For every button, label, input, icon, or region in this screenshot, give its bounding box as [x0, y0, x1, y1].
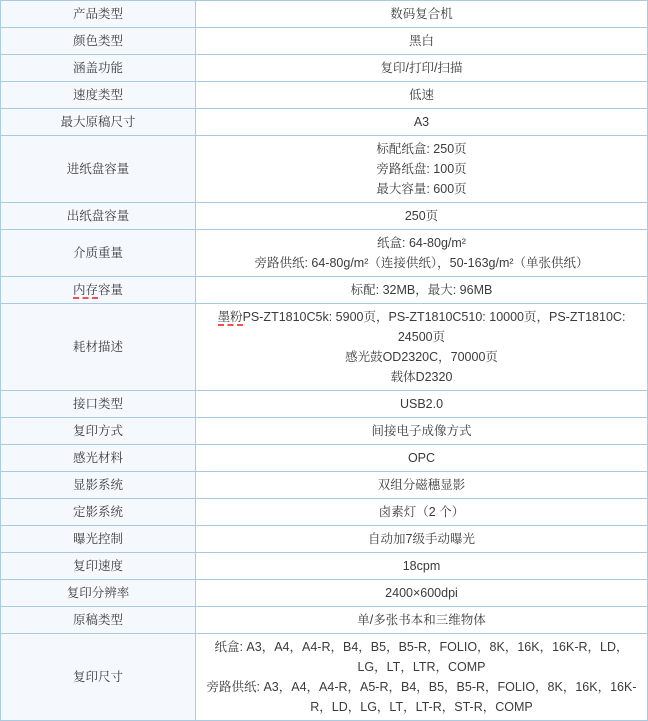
label-text: 速度类型 — [73, 88, 123, 102]
spec-row-value: 复印/打印/扫描 — [196, 55, 648, 82]
label-text: 颜色类型 — [73, 34, 123, 48]
spec-row-value: 2400×600dpi — [196, 580, 648, 607]
spec-row: 原稿类型单/多张书本和三维物体 — [1, 607, 648, 634]
spec-row: 复印分辨率2400×600dpi — [1, 580, 648, 607]
spec-row-label: 出纸盘容量 — [1, 203, 196, 230]
spec-row: 最大原稿尺寸A3 — [1, 109, 648, 136]
spec-label-line: 最大原稿尺寸 — [7, 112, 189, 132]
spec-row-value: 墨粉PS-ZT1810C5k: 5900页，PS-ZT1810C510: 100… — [196, 304, 648, 391]
label-text: 最大原稿尺寸 — [60, 115, 135, 129]
spec-row-label: 复印方式 — [1, 418, 196, 445]
spellcheck-marked-text: 墨粉 — [218, 310, 243, 326]
spec-row-label: 复印速度 — [1, 553, 196, 580]
spec-value-line: 墨粉PS-ZT1810C5k: 5900页，PS-ZT1810C510: 100… — [202, 307, 641, 347]
spec-value-line: A3 — [202, 112, 641, 132]
value-text: 数码复合机 — [390, 7, 453, 21]
spec-row-value: 单/多张书本和三维物体 — [196, 607, 648, 634]
spec-value-line: 纸盒: 64-80g/m² — [202, 233, 641, 253]
spec-row-label: 显影系统 — [1, 472, 196, 499]
spec-row-value: 标配: 32MB，最大: 96MB — [196, 277, 648, 304]
label-text: 定影系统 — [73, 505, 123, 519]
value-text: 间接电子成像方式 — [371, 424, 471, 438]
spec-label-line: 显影系统 — [7, 475, 189, 495]
spec-row: 复印方式间接电子成像方式 — [1, 418, 648, 445]
label-text: 复印速度 — [73, 559, 123, 573]
spec-row: 曝光控制自动加7级手动曝光 — [1, 526, 648, 553]
spec-label-line: 内存容量 — [7, 280, 189, 300]
spec-row-label: 曝光控制 — [1, 526, 196, 553]
spec-table: 产品类型数码复合机颜色类型黑白涵盖功能复印/打印/扫描速度类型低速最大原稿尺寸A… — [0, 0, 648, 721]
spec-value-line: 黑白 — [202, 31, 641, 51]
spec-row-label: 产品类型 — [1, 1, 196, 28]
spec-row: 内存容量标配: 32MB，最大: 96MB — [1, 277, 648, 304]
spec-label-line: 颜色类型 — [7, 31, 189, 51]
value-text: 卤素灯（2 个） — [379, 505, 464, 519]
label-text: 出纸盘容量 — [67, 209, 130, 223]
spec-value-line: 纸盒: A3，A4，A4-R，B4，B5，B5-R，FOLIO，8K，16K，1… — [202, 637, 641, 677]
spec-row: 出纸盘容量250页 — [1, 203, 648, 230]
spec-row-label: 耗材描述 — [1, 304, 196, 391]
spec-value-line: 旁路供纸: 64-80g/m²（连接供纸），50-163g/m²（单张供纸） — [202, 253, 641, 273]
spec-value-line: 最大容量: 600页 — [202, 179, 641, 199]
spec-row-value: 标配纸盒: 250页旁路纸盘: 100页最大容量: 600页 — [196, 136, 648, 203]
value-text: 黑白 — [409, 34, 434, 48]
spec-row: 涵盖功能复印/打印/扫描 — [1, 55, 648, 82]
spec-value-line: 标配: 32MB，最大: 96MB — [202, 280, 641, 300]
label-text: 复印尺寸 — [73, 670, 123, 684]
spec-label-line: 曝光控制 — [7, 529, 189, 549]
value-text: OPC — [408, 451, 435, 465]
spec-row-value: 250页 — [196, 203, 648, 230]
spec-row-value: USB2.0 — [196, 391, 648, 418]
spec-row-label: 涵盖功能 — [1, 55, 196, 82]
value-text: 纸盒: A3，A4，A4-R，B4，B5，B5-R，FOLIO，8K，16K，1… — [214, 640, 628, 674]
spec-row-value: A3 — [196, 109, 648, 136]
value-text: 旁路纸盘: 100页 — [376, 162, 466, 176]
value-text: 旁路供纸: 64-80g/m²（连接供纸），50-163g/m²（单张供纸） — [254, 256, 588, 270]
spec-value-line: 250页 — [202, 206, 641, 226]
spec-label-line: 产品类型 — [7, 4, 189, 24]
value-text: 双组分磁穗显影 — [378, 478, 466, 492]
value-text: 感光鼓OD2320C，70000页 — [345, 350, 498, 364]
value-text: 最大容量: 600页 — [376, 182, 466, 196]
spec-row-value: 黑白 — [196, 28, 648, 55]
label-text: 复印方式 — [73, 424, 123, 438]
spec-row-label: 定影系统 — [1, 499, 196, 526]
spec-value-line: 双组分磁穗显影 — [202, 475, 641, 495]
label-text: 原稿类型 — [73, 613, 123, 627]
spec-row-label: 接口类型 — [1, 391, 196, 418]
spec-label-line: 涵盖功能 — [7, 58, 189, 78]
spec-row: 显影系统双组分磁穗显影 — [1, 472, 648, 499]
label-text: 耗材描述 — [73, 340, 123, 354]
label-text: 容量 — [98, 283, 123, 297]
spec-row-label: 复印分辨率 — [1, 580, 196, 607]
label-text: 涵盖功能 — [73, 61, 123, 75]
spec-row-value: 间接电子成像方式 — [196, 418, 648, 445]
value-text: 纸盒: 64-80g/m² — [377, 236, 466, 250]
label-text: 接口类型 — [73, 397, 123, 411]
spec-value-line: 卤素灯（2 个） — [202, 502, 641, 522]
value-text: 18cpm — [403, 559, 441, 573]
value-text: A3 — [414, 115, 429, 129]
spec-value-line: 数码复合机 — [202, 4, 641, 24]
spec-row-value: 卤素灯（2 个） — [196, 499, 648, 526]
spec-value-line: 载体D2320 — [202, 367, 641, 387]
label-text: 感光材料 — [73, 451, 123, 465]
spec-row-value: 数码复合机 — [196, 1, 648, 28]
spec-row-label: 介质重量 — [1, 230, 196, 277]
spec-value-line: OPC — [202, 448, 641, 468]
spec-label-line: 复印方式 — [7, 421, 189, 441]
spec-value-line: 标配纸盒: 250页 — [202, 139, 641, 159]
spec-row-label: 进纸盘容量 — [1, 136, 196, 203]
spec-row: 耗材描述墨粉PS-ZT1810C5k: 5900页，PS-ZT1810C510:… — [1, 304, 648, 391]
value-text: 自动加7级手动曝光 — [368, 532, 475, 546]
value-text: 低速 — [409, 88, 434, 102]
spec-row-label: 复印尺寸 — [1, 634, 196, 721]
value-text: PS-ZT1810C5k: 5900页，PS-ZT1810C510: 10000… — [243, 310, 626, 344]
value-text: 250页 — [405, 209, 438, 223]
value-text: 标配: 32MB，最大: 96MB — [351, 283, 493, 297]
spec-label-line: 复印速度 — [7, 556, 189, 576]
spec-label-line: 介质重量 — [7, 243, 189, 263]
spec-label-line: 出纸盘容量 — [7, 206, 189, 226]
spec-row-label: 最大原稿尺寸 — [1, 109, 196, 136]
spec-row-value: 纸盒: A3，A4，A4-R，B4，B5，B5-R，FOLIO，8K，16K，1… — [196, 634, 648, 721]
spec-value-line: 复印/打印/扫描 — [202, 58, 641, 78]
spec-row-label: 原稿类型 — [1, 607, 196, 634]
spec-row: 速度类型低速 — [1, 82, 648, 109]
spec-row: 产品类型数码复合机 — [1, 1, 648, 28]
spec-row: 进纸盘容量标配纸盒: 250页旁路纸盘: 100页最大容量: 600页 — [1, 136, 648, 203]
spec-label-line: 原稿类型 — [7, 610, 189, 630]
spec-row-value: 自动加7级手动曝光 — [196, 526, 648, 553]
spec-label-line: 接口类型 — [7, 394, 189, 414]
spec-label-line: 复印尺寸 — [7, 667, 189, 687]
value-text: 2400×600dpi — [385, 586, 458, 600]
spec-row-label: 速度类型 — [1, 82, 196, 109]
spec-row-label: 内存容量 — [1, 277, 196, 304]
spec-row-value: 双组分磁穗显影 — [196, 472, 648, 499]
label-text: 产品类型 — [73, 7, 123, 21]
spec-value-line: 单/多张书本和三维物体 — [202, 610, 641, 630]
spec-value-line: 感光鼓OD2320C，70000页 — [202, 347, 641, 367]
spec-value-line: USB2.0 — [202, 394, 641, 414]
label-text: 显影系统 — [73, 478, 123, 492]
spec-row-label: 颜色类型 — [1, 28, 196, 55]
spec-row: 感光材料OPC — [1, 445, 648, 472]
spec-table-body: 产品类型数码复合机颜色类型黑白涵盖功能复印/打印/扫描速度类型低速最大原稿尺寸A… — [1, 1, 648, 721]
spec-row-value: 纸盒: 64-80g/m²旁路供纸: 64-80g/m²（连接供纸），50-16… — [196, 230, 648, 277]
spec-row: 复印尺寸纸盒: A3，A4，A4-R，B4，B5，B5-R，FOLIO，8K，1… — [1, 634, 648, 721]
spec-row: 复印速度18cpm — [1, 553, 648, 580]
spec-value-line: 2400×600dpi — [202, 583, 641, 603]
product-spec-table: 产品类型数码复合机颜色类型黑白涵盖功能复印/打印/扫描速度类型低速最大原稿尺寸A… — [0, 0, 648, 721]
spec-row: 定影系统卤素灯（2 个） — [1, 499, 648, 526]
spec-row-label: 感光材料 — [1, 445, 196, 472]
value-text: 单/多张书本和三维物体 — [357, 613, 485, 627]
label-text: 进纸盘容量 — [67, 162, 130, 176]
value-text: USB2.0 — [400, 397, 443, 411]
spec-row: 介质重量纸盒: 64-80g/m²旁路供纸: 64-80g/m²（连接供纸），5… — [1, 230, 648, 277]
value-text: 旁路供纸: A3，A4，A4-R，A5-R，B4，B5，B5-R，FOLIO，8… — [207, 680, 637, 714]
spec-value-line: 旁路供纸: A3，A4，A4-R，A5-R，B4，B5，B5-R，FOLIO，8… — [202, 677, 641, 717]
value-text: 标配纸盒: 250页 — [376, 142, 466, 156]
spec-value-line: 旁路纸盘: 100页 — [202, 159, 641, 179]
label-text: 曝光控制 — [73, 532, 123, 546]
label-text: 介质重量 — [73, 246, 123, 260]
spec-value-line: 间接电子成像方式 — [202, 421, 641, 441]
value-text: 载体D2320 — [391, 370, 453, 384]
label-text: 复印分辨率 — [67, 586, 130, 600]
spec-value-line: 低速 — [202, 85, 641, 105]
spec-row-value: 18cpm — [196, 553, 648, 580]
spec-row: 颜色类型黑白 — [1, 28, 648, 55]
spec-label-line: 速度类型 — [7, 85, 189, 105]
value-text: 复印/打印/扫描 — [381, 61, 463, 75]
spec-label-line: 复印分辨率 — [7, 583, 189, 603]
spec-value-line: 18cpm — [202, 556, 641, 576]
spec-row-value: 低速 — [196, 82, 648, 109]
spec-label-line: 耗材描述 — [7, 337, 189, 357]
spec-value-line: 自动加7级手动曝光 — [202, 529, 641, 549]
spec-label-line: 感光材料 — [7, 448, 189, 468]
spec-row: 接口类型USB2.0 — [1, 391, 648, 418]
spec-label-line: 定影系统 — [7, 502, 189, 522]
spec-label-line: 进纸盘容量 — [7, 159, 189, 179]
spec-row-value: OPC — [196, 445, 648, 472]
spellcheck-marked-text: 内存 — [73, 283, 98, 299]
